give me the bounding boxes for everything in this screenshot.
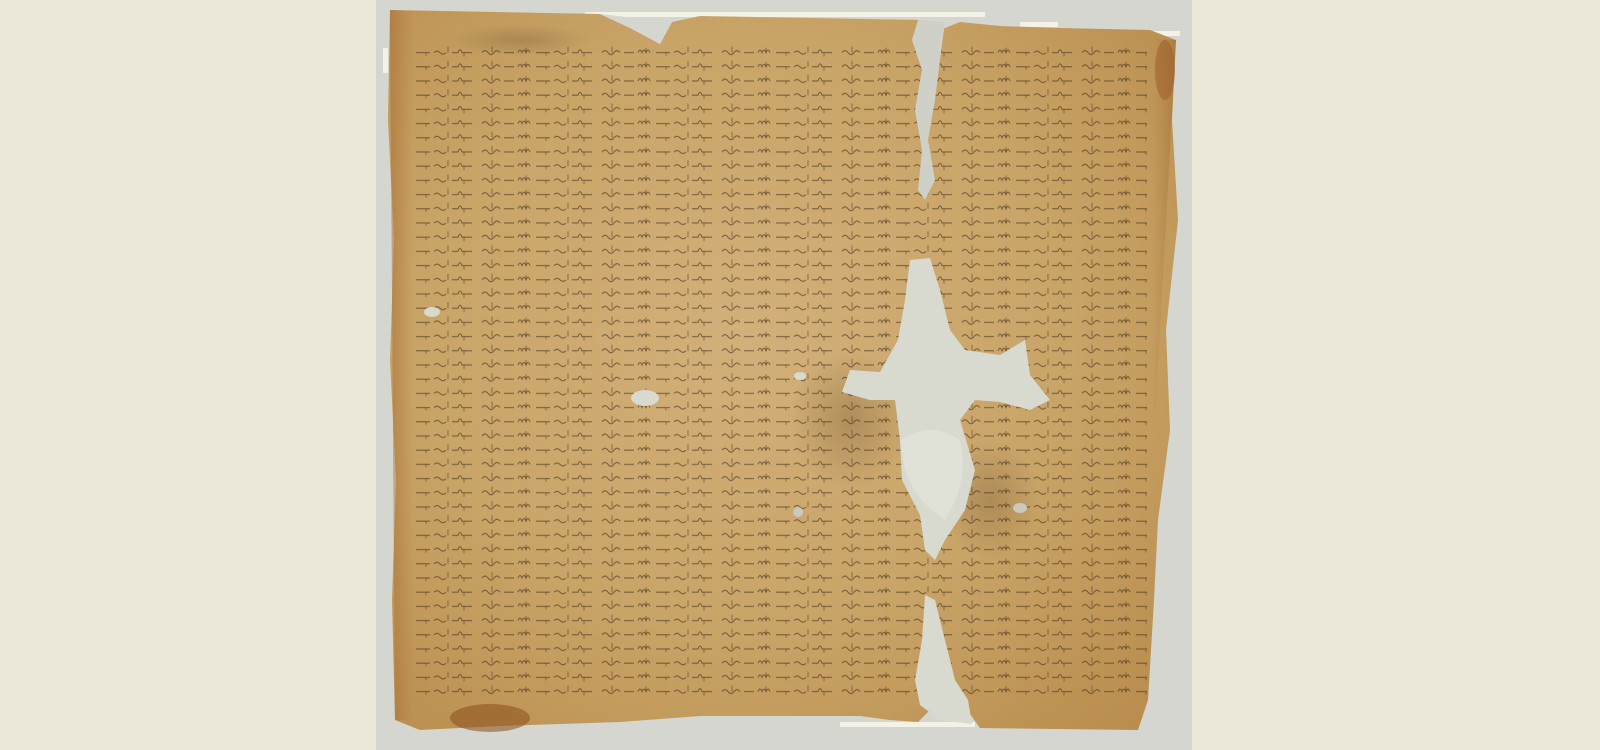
- handwritten-text: [412, 44, 1147, 699]
- mount-strip-top: [585, 12, 985, 17]
- small-hole: [631, 390, 659, 406]
- parchment-document-image: [0, 0, 1600, 750]
